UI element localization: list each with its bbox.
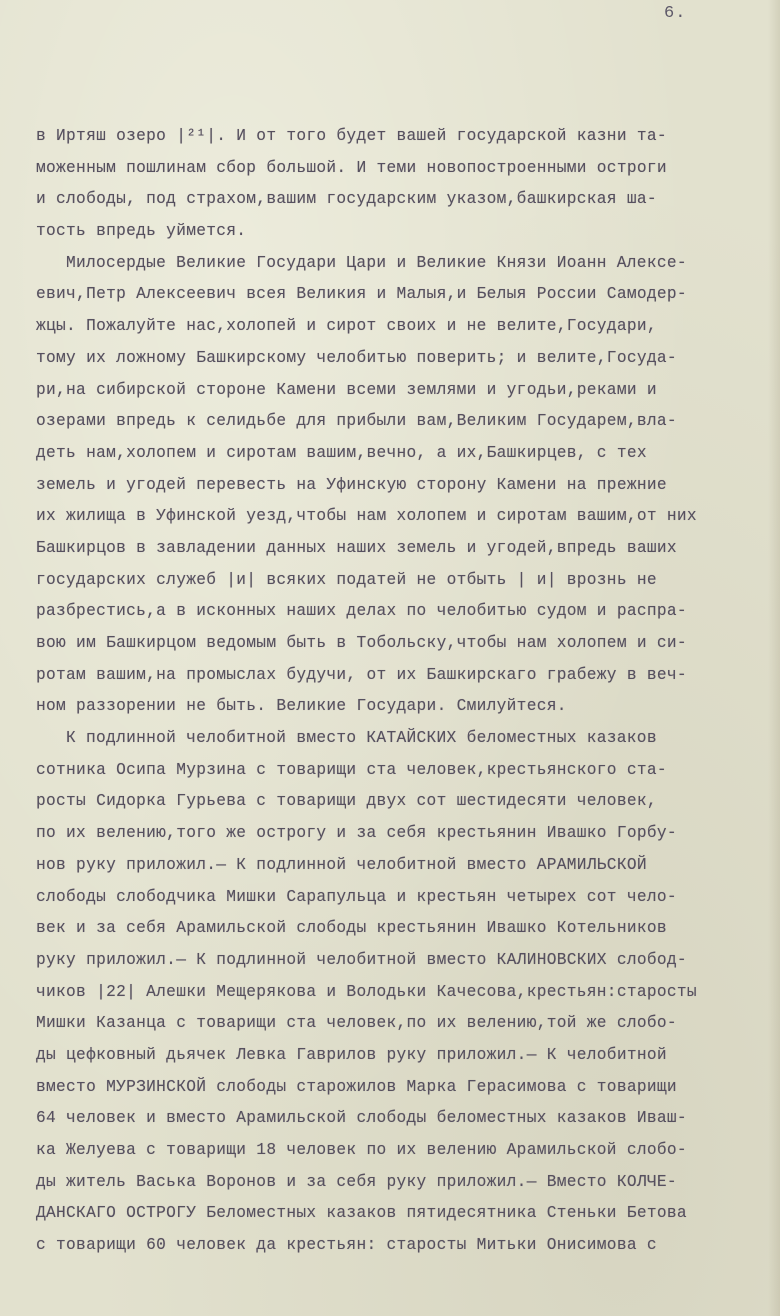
text-line: Башкирцов в завладении данных наших земе… bbox=[36, 533, 771, 565]
text-line: разбрестись,а в исконных наших делах по … bbox=[36, 596, 771, 628]
text-line: ротам вашим,на промыслах будучи, от их Б… bbox=[36, 660, 771, 692]
text-line: руку приложил.— К подлинной челобитной в… bbox=[36, 945, 771, 977]
text-line: их жилища в Уфинской уезд,чтобы нам холо… bbox=[36, 501, 771, 533]
text-line: в Иртяш озеро |²¹|. И от того будет ваше… bbox=[36, 121, 771, 153]
text-line: росты Сидорка Гурьева с товарищи двух со… bbox=[36, 786, 771, 818]
text-line: нов руку приложил.— К подлинной челобитн… bbox=[36, 850, 771, 882]
text-line: земель и угодей перевесть на Уфинскую ст… bbox=[36, 470, 771, 502]
text-line: Мишки Казанца с товарищи ста человек,по … bbox=[36, 1008, 771, 1040]
page-number: 6. bbox=[664, 4, 686, 23]
text-line: ка Желуева с товарищи 18 человек по их в… bbox=[36, 1135, 771, 1167]
document-page: 6. в Иртяш озеро |²¹|. И от того будет в… bbox=[0, 0, 780, 1316]
text-line: вместо МУРЗИНСКОЙ слободы старожилов Мар… bbox=[36, 1072, 771, 1104]
text-line: век и за себя Арамильской слободы кресть… bbox=[36, 913, 771, 945]
text-line: моженным пошлинам сбор большой. И теми н… bbox=[36, 153, 771, 185]
text-line: Милосердые Великие Государи Цари и Велик… bbox=[36, 248, 771, 280]
text-line: озерами впредь к селидьбе для прибыли ва… bbox=[36, 406, 771, 438]
typewritten-text-body: в Иртяш озеро |²¹|. И от того будет ваше… bbox=[36, 121, 771, 1262]
text-line: К подлинной челобитной вместо КАТАЙСКИХ … bbox=[36, 723, 771, 755]
text-line: с товарищи 60 человек да крестьян: старо… bbox=[36, 1230, 771, 1262]
text-line: евич,Петр Алексеевич всея Великия и Малы… bbox=[36, 279, 771, 311]
text-line: деть нам,холопем и сиротам вашим,вечно, … bbox=[36, 438, 771, 470]
text-line: ды житель Васька Воронов и за себя руку … bbox=[36, 1167, 771, 1199]
text-line: вою им Башкирцом ведомым быть в Тобольск… bbox=[36, 628, 771, 660]
text-line: государских служеб |и| всяких податей не… bbox=[36, 565, 771, 597]
text-line: ном раззорении не быть. Великие Государи… bbox=[36, 691, 771, 723]
text-line: ДАНСКАГО ОСТРОГУ Беломестных казаков пят… bbox=[36, 1198, 771, 1230]
text-line: сотника Осипа Мурзина с товарищи ста чел… bbox=[36, 755, 771, 787]
text-line: жцы. Пожалуйте нас,холопей и сирот своих… bbox=[36, 311, 771, 343]
text-line: ри,на сибирской стороне Камени всеми зем… bbox=[36, 375, 771, 407]
text-line: тому их ложному Башкирскому челобитью по… bbox=[36, 343, 771, 375]
text-line: ды цефковный дьячек Левка Гаврилов руку … bbox=[36, 1040, 771, 1072]
text-line: слободы слободчика Мишки Сарапульца и кр… bbox=[36, 882, 771, 914]
text-line: и слободы, под страхом,вашим государским… bbox=[36, 184, 771, 216]
text-line: тость впредь уймется. bbox=[36, 216, 771, 248]
text-line: 64 человек и вместо Арамильской слободы … bbox=[36, 1103, 771, 1135]
text-line: чиков |22| Алешки Мещерякова и Володьки … bbox=[36, 977, 771, 1009]
text-line: по их велению,того же острогу и за себя … bbox=[36, 818, 771, 850]
